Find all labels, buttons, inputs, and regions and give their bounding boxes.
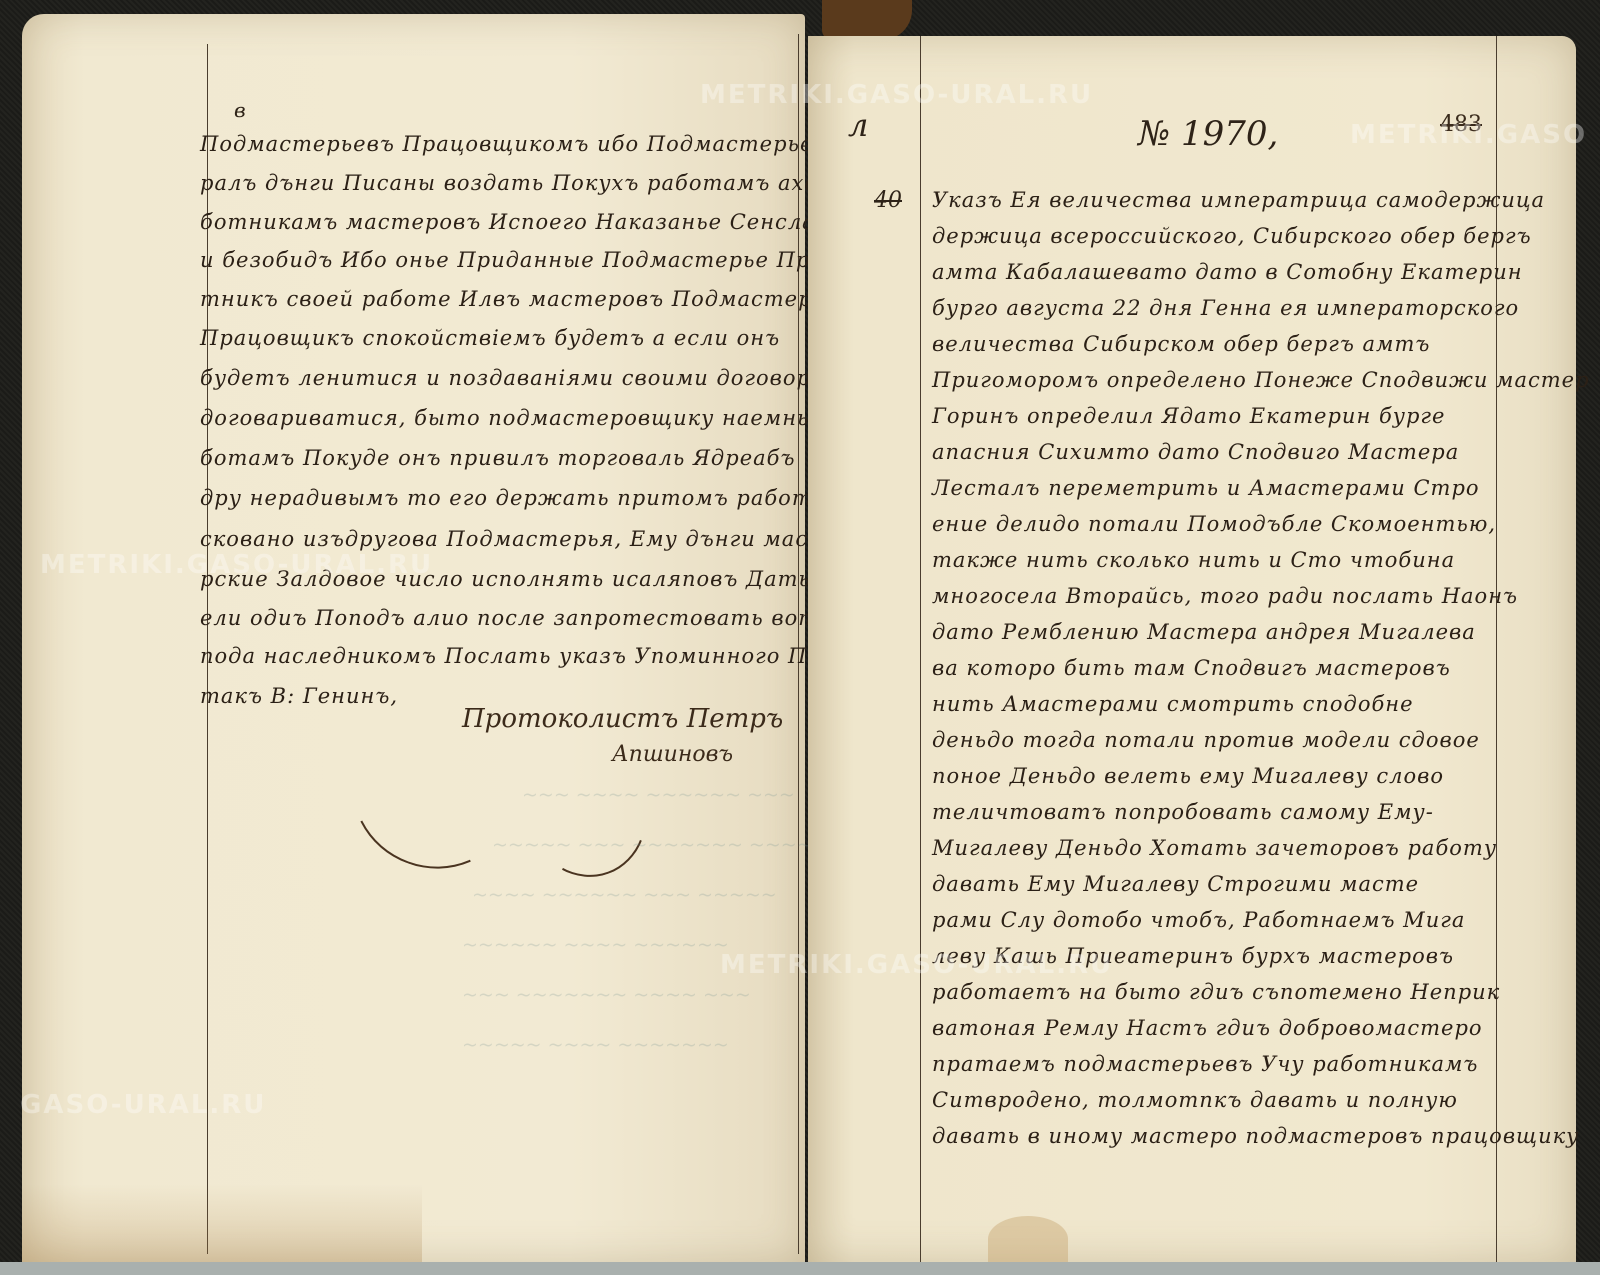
margin-mark: в	[234, 98, 246, 122]
manuscript-line: Пригоморомъ определено Понеже Сподвижи м…	[932, 368, 1590, 392]
manuscript-line: величества Сибирском обер бергъ амтъ	[932, 332, 1430, 356]
manuscript-line: пратаемъ подмастерьевъ Учу работникамъ	[932, 1052, 1478, 1076]
manuscript-line: тникъ своей работе Илвъ мастеровъ Подмас…	[200, 287, 859, 311]
manuscript-line: нить Амастерами смотрить сподобне	[932, 692, 1414, 716]
manuscript-line: держица всероссийского, Сибирского обер …	[932, 224, 1532, 248]
water-stain	[988, 1216, 1068, 1262]
watermark: METRIKI.GASO-URAL.RU	[720, 950, 1113, 980]
left-page: в Подмастерьевъ Працовщикомъ ибо Подмаст…	[22, 14, 805, 1262]
manuscript-line: будетъ ленитися и поздаваніями своими до…	[200, 366, 829, 390]
manuscript-line: дру нерадивымъ то его держать притомъ ра…	[200, 486, 828, 510]
manuscript-line: бурго августа 22 дня Генна ея императорс…	[932, 296, 1519, 320]
bleed-through-text: ~~~~~ ~~~~ ~~~~~~~	[462, 1034, 729, 1056]
manuscript-line: ение делидо потали Помодъбле Скомоентью,	[932, 512, 1496, 536]
manuscript-line: Ситвродено, толмотпкъ давать и полную	[932, 1088, 1458, 1112]
margin-number: 40	[874, 188, 902, 213]
bleed-through-text: ~~~~ ~~~~~~ ~~~ ~~~~~	[472, 884, 777, 906]
manuscript-line: ботамъ Покуде онъ привилъ торговаль Ядре…	[200, 446, 795, 470]
bleed-through-text: ~~~ ~~~~ ~~~~~~ ~~~	[522, 784, 795, 806]
manuscript-line: Указъ Ея величества императрица самодерж…	[932, 188, 1545, 212]
watermark: METRIKI.GASO-URAL.RU	[700, 80, 1093, 110]
manuscript-line: поное Деньдо велеть ему Мигалеву слово	[932, 764, 1444, 788]
right-page: л 40 № 1970, 483 Указъ Ея величества имп…	[808, 36, 1576, 1262]
manuscript-line: ва которо бить там Сподвигъ мастеровъ	[932, 656, 1451, 680]
signature-line-1: Протоколистъ Петръ	[462, 704, 783, 734]
watermark: METRIKI.GASO-URAL.RU	[40, 550, 433, 580]
record-number: № 1970,	[1138, 114, 1278, 154]
manuscript-line: рами Слу дотобо чтобъ, Работнаемъ Мига	[932, 908, 1465, 932]
manuscript-line: сковано изъдругова Подмастерья, Ему дънг…	[200, 527, 842, 551]
scan-bottom-strip	[0, 1262, 1600, 1275]
watermark: GASO-URAL.RU	[20, 1090, 266, 1120]
manuscript-line: дато Ремблению Мастера андрея Мигалева	[932, 620, 1476, 644]
bleed-through-text: ~~~ ~~~~~~~ ~~~~ ~~~	[462, 984, 751, 1006]
margin-mark: л	[848, 106, 868, 144]
water-stain	[22, 1184, 422, 1264]
manuscript-line: работаетъ на быто гдиъ съпотемено Неприк	[932, 980, 1500, 1004]
manuscript-line: теличтоватъ попробовать самому Ему-	[932, 800, 1434, 824]
manuscript-line: ботникамъ мастеровъ Испоего Наказанье Се…	[200, 210, 867, 234]
bleed-through-text: ~~~~~ ~~~ ~~~~~~~ ~~~~	[492, 834, 813, 856]
manuscript-line: Лесталъ переметрить и Амастерами Стро	[932, 476, 1480, 500]
manuscript-line: Мигалеву Деньдо Хотать зачеторовъ работу	[932, 836, 1497, 860]
manuscript-line: деньдо тогда потали против модели сдовое	[932, 728, 1480, 752]
manuscript-line: апасния Сихимто дато Сподвиго Мастера	[932, 440, 1459, 464]
manuscript-line: многосела Вторайсь, того ради послать На…	[932, 584, 1518, 608]
manuscript-line: давать в иному мастеро подмастеровъ прац…	[932, 1124, 1579, 1148]
manuscript-line: ватоная Ремлу Настъ гдиъ добровомастеро	[932, 1016, 1483, 1040]
manuscript-line: также нить сколько нить и Сто чтобина	[932, 548, 1455, 572]
manuscript-line: амта Кабалашевато дато в Сотобну Екатери…	[932, 260, 1523, 284]
spine-leather-fragment	[822, 0, 912, 40]
margin-rule-left	[920, 36, 921, 1262]
manuscript-line: договариватися, быто подмастеровщику нае…	[200, 406, 884, 430]
watermark: METRIKI.GASO	[1350, 120, 1587, 150]
manuscript-line: ели одиъ Поподъ алио после запротестоват…	[200, 606, 854, 630]
manuscript-line: давать Ему Мигалеву Строгими масте	[932, 872, 1419, 896]
manuscript-line: такъ В: Генинъ,	[200, 684, 398, 708]
manuscript-line: Працовщикъ спокойствіемъ будетъ а если о…	[200, 326, 780, 350]
margin-rule-right	[1496, 36, 1497, 1262]
manuscript-line: и безобидъ Ибо онье Приданные Подмастерь…	[200, 248, 851, 272]
bleed-through-text: ~~~~~~ ~~~~ ~~~~~~	[462, 934, 729, 956]
manuscript-line: Горинъ определил Ядато Екатерин бурге	[932, 404, 1445, 428]
